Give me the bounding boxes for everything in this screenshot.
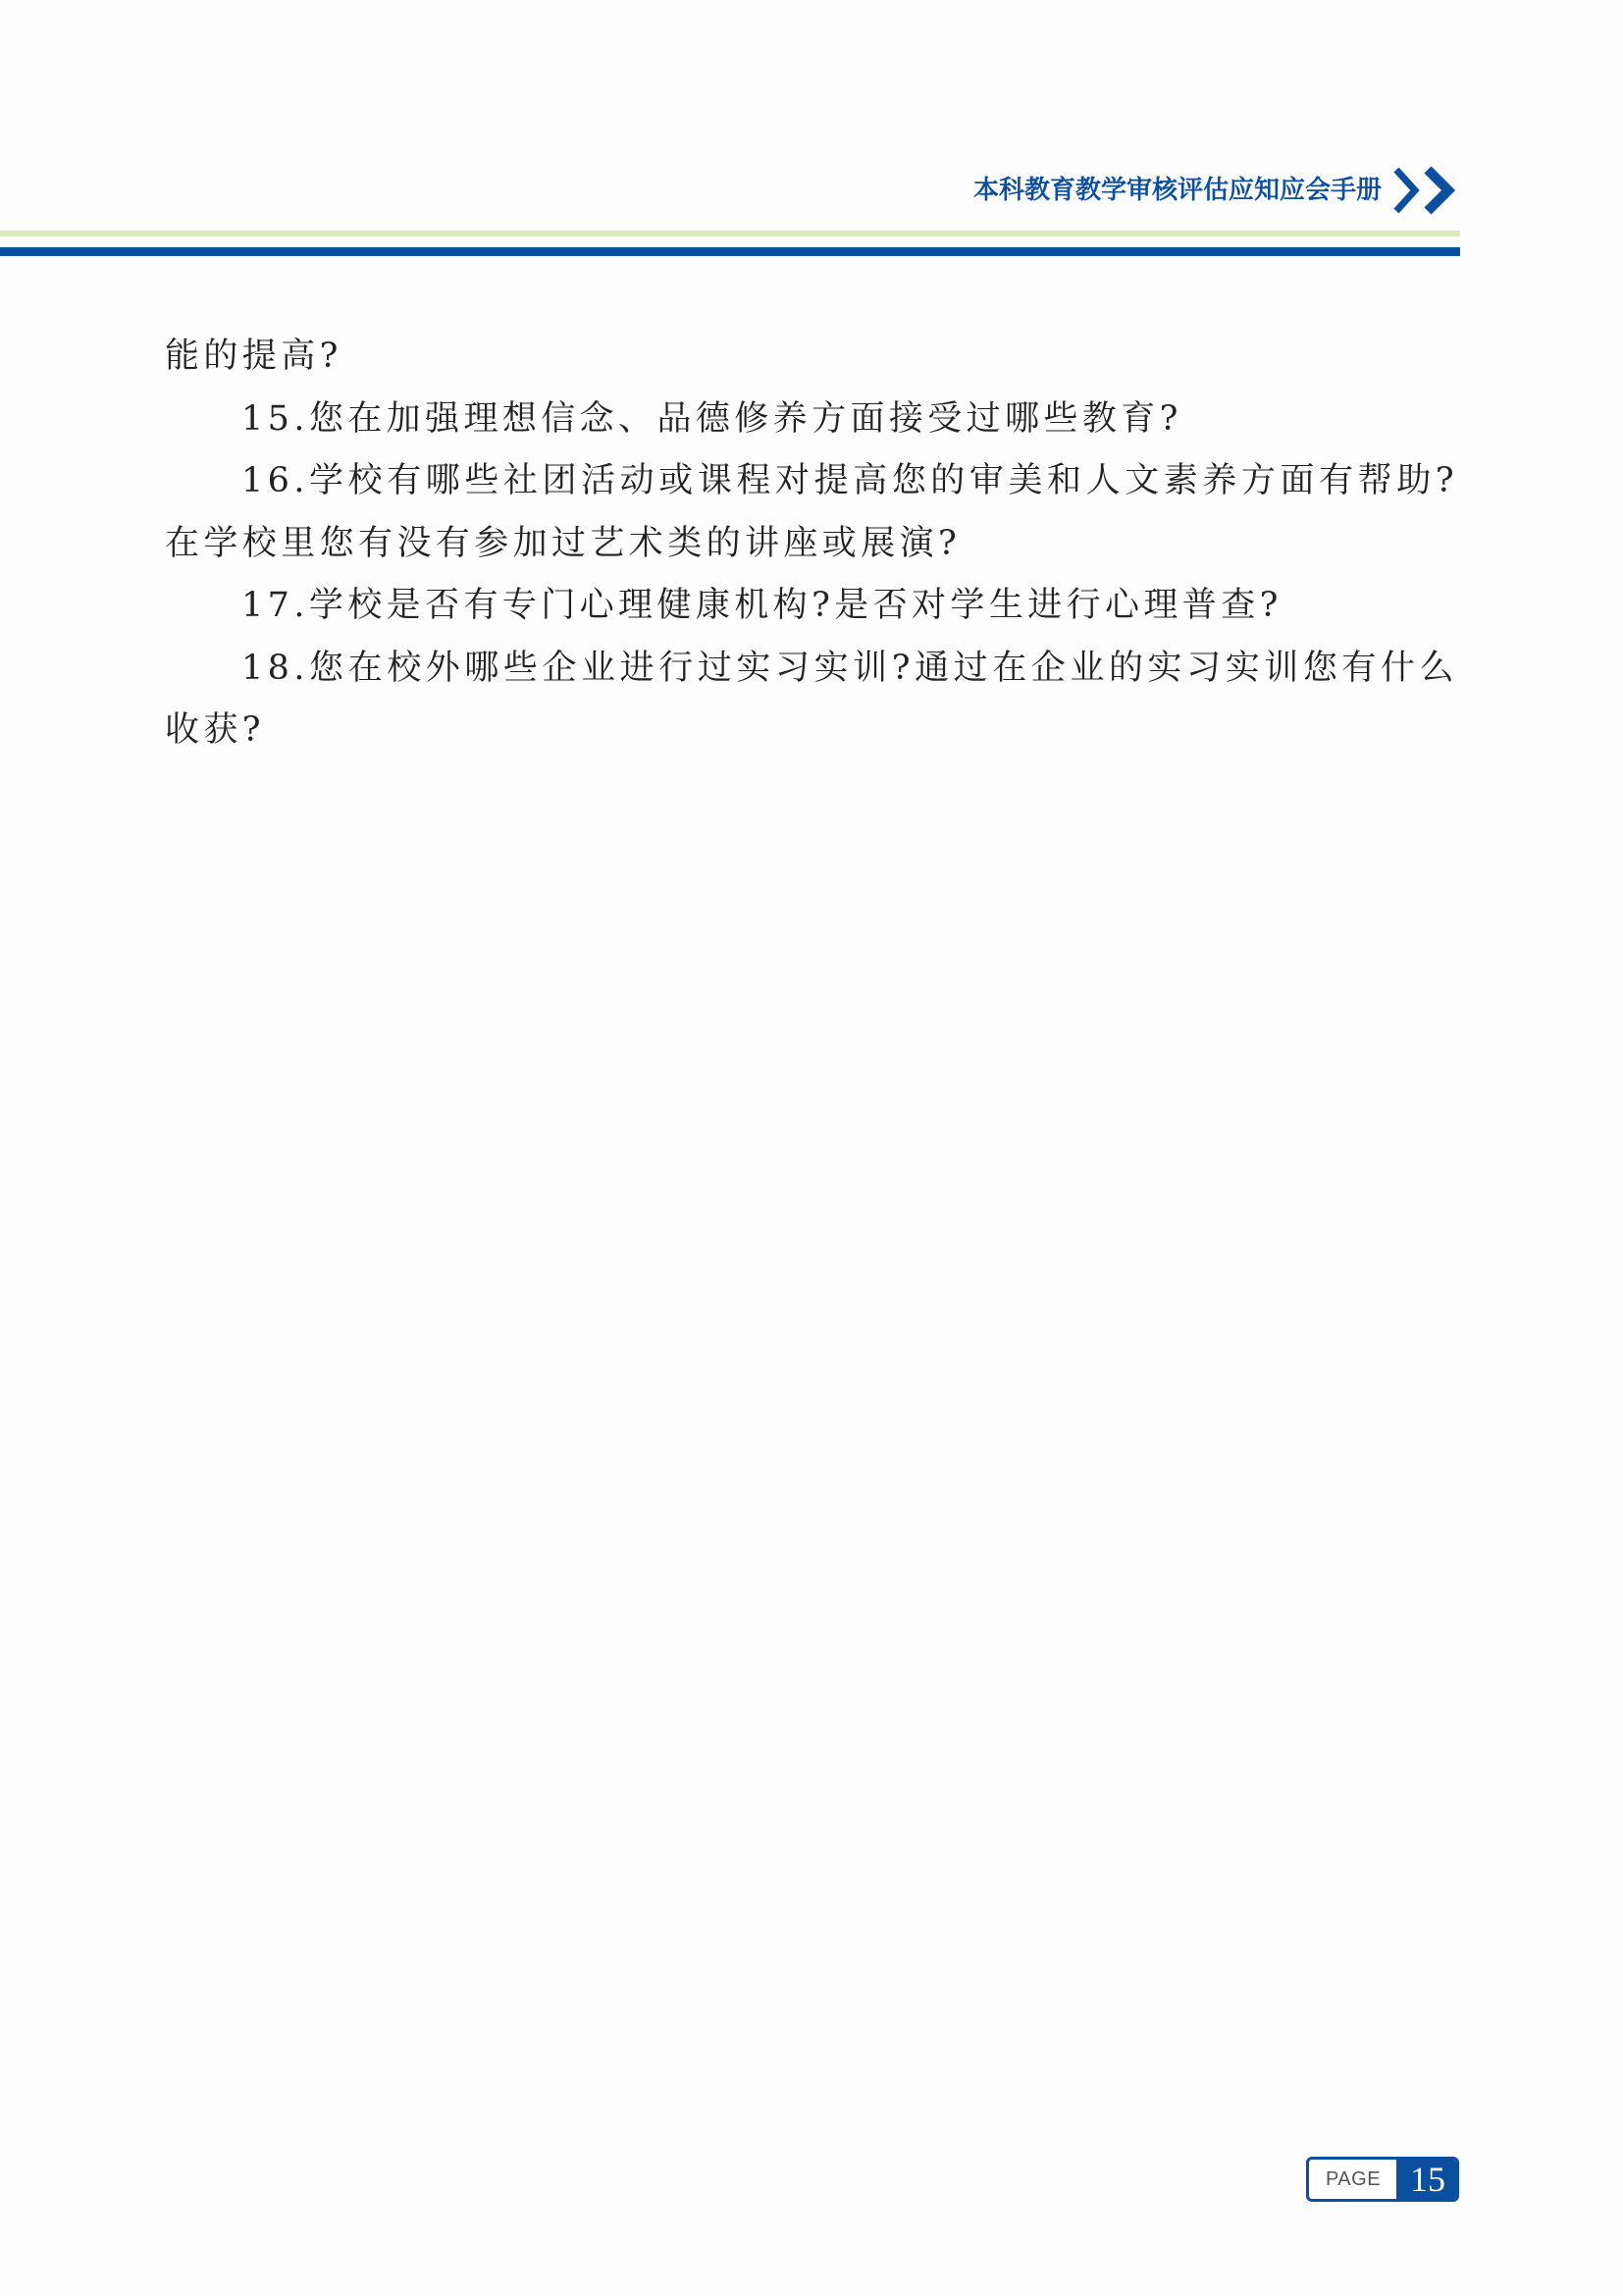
question-18: 18.您在校外哪些企业进行过实习实训?通过在企业的实习实训您有什么收获? [165, 638, 1458, 762]
body-text: 能的提高? 15.您在加强理想信念、品德修养方面接受过哪些教育? 16.学校有哪… [165, 326, 1458, 762]
double-chevron-right-icon [1391, 165, 1456, 216]
page-number: 15 [1396, 2157, 1459, 2202]
question-16: 16.学校有哪些社团活动或课程对提高您的审美和人文素养方面有帮助?在学校里您有没… [165, 450, 1458, 575]
question-15: 15.您在加强理想信念、品德修养方面接受过哪些教育? [165, 389, 1458, 451]
header-rule-green [0, 231, 1460, 236]
page-label: PAGE [1309, 2160, 1397, 2199]
question-17: 17.学校是否有专门心理健康机构?是否对学生进行心理普查? [165, 575, 1458, 638]
page-badge: PAGE 15 [1306, 2157, 1459, 2202]
paragraph-continuation: 能的提高? [165, 326, 1458, 389]
header-title: 本科教育教学审核评估应知应会手册 [973, 171, 1382, 210]
header-rule-blue [0, 247, 1460, 256]
